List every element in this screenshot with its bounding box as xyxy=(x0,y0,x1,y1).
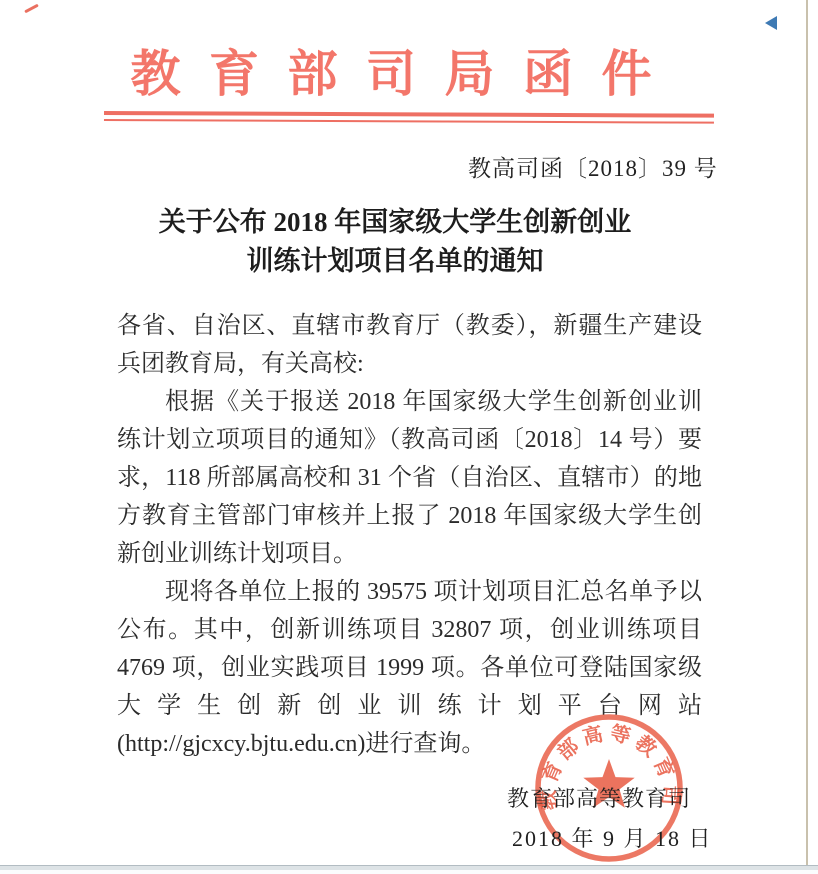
signature-date: 2018 年 9 月 18 日 xyxy=(512,822,713,853)
document-number: 教高司函〔2018〕39 号 xyxy=(468,150,718,183)
paragraph-1: 根据《关于报送 2018 年国家级大学生创新创业训练计划立项项目的通知》（教高司… xyxy=(117,383,702,573)
signature-department: 教育部高等教育司 xyxy=(507,782,691,813)
letterhead-title: 教 育 部 司 局 函 件 xyxy=(0,34,790,106)
document-title-line1: 关于公布 2018 年国家级大学生创新创业 xyxy=(0,203,790,242)
document-title: 关于公布 2018 年国家级大学生创新创业 训练计划项目名单的通知 xyxy=(0,203,790,281)
document-title-line2: 训练计划项目名单的通知 xyxy=(0,242,790,281)
page-right-edge xyxy=(806,0,808,866)
corner-red-mark xyxy=(24,4,39,14)
page-below-edge xyxy=(0,870,818,874)
left-arrow-icon xyxy=(765,16,777,30)
letterhead-rule xyxy=(104,111,714,124)
document-body: 各省、自治区、直辖市教育厅（教委），新疆生产建设兵团教育局，有关高校: 根据《关… xyxy=(117,307,702,763)
salutation: 各省、自治区、直辖市教育厅（教委），新疆生产建设兵团教育局，有关高校: xyxy=(117,307,702,383)
document-page: 教 育 部 司 局 函 件 教高司函〔2018〕39 号 关于公布 2018 年… xyxy=(0,0,818,874)
